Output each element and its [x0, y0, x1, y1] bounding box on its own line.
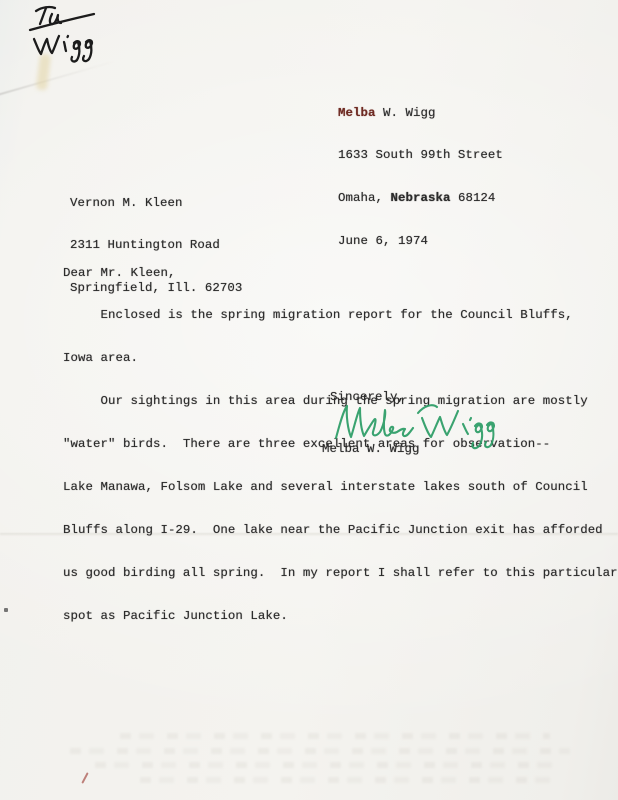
sender-name: Melba W. Wigg [338, 106, 503, 120]
body-line: spot as Pacific Junction Lake. [63, 609, 618, 623]
body-line: Bluffs along I-29. One lake near the Pac… [63, 523, 618, 537]
bleedthrough-line [70, 748, 570, 754]
bleedthrough-line [140, 777, 560, 783]
recipient-name: Vernon M. Kleen [70, 196, 242, 210]
red-pen-tick [81, 772, 88, 784]
sender-state: Nebraska [390, 191, 450, 205]
body-line: us good birding all spring. In my report… [63, 566, 618, 580]
body-line: Enclosed is the spring migration report … [63, 308, 618, 322]
sender-first-name: Melba [338, 106, 375, 120]
handwriting-ia-wigg-icon [24, 3, 104, 65]
sender-city-line: Omaha, Nebraska 68124 [338, 191, 503, 205]
sender-street: 1633 South 99th Street [338, 148, 503, 162]
body-line: Lake Manawa, Folsom Lake and several int… [63, 480, 618, 494]
handwritten-annotation: Ia Wigg [24, 3, 104, 70]
body-line: Iowa area. [63, 351, 618, 365]
bleedthrough-line [120, 733, 550, 739]
scanned-letter-page: Ia Wigg Melba W. Wigg 1633 South 99th St… [0, 0, 618, 800]
typed-signature-name: Melba W. Wigg [322, 442, 419, 456]
scan-speck [4, 608, 8, 612]
salutation: Dear Mr. Kleen, [63, 266, 618, 280]
bleedthrough-line [95, 762, 565, 768]
